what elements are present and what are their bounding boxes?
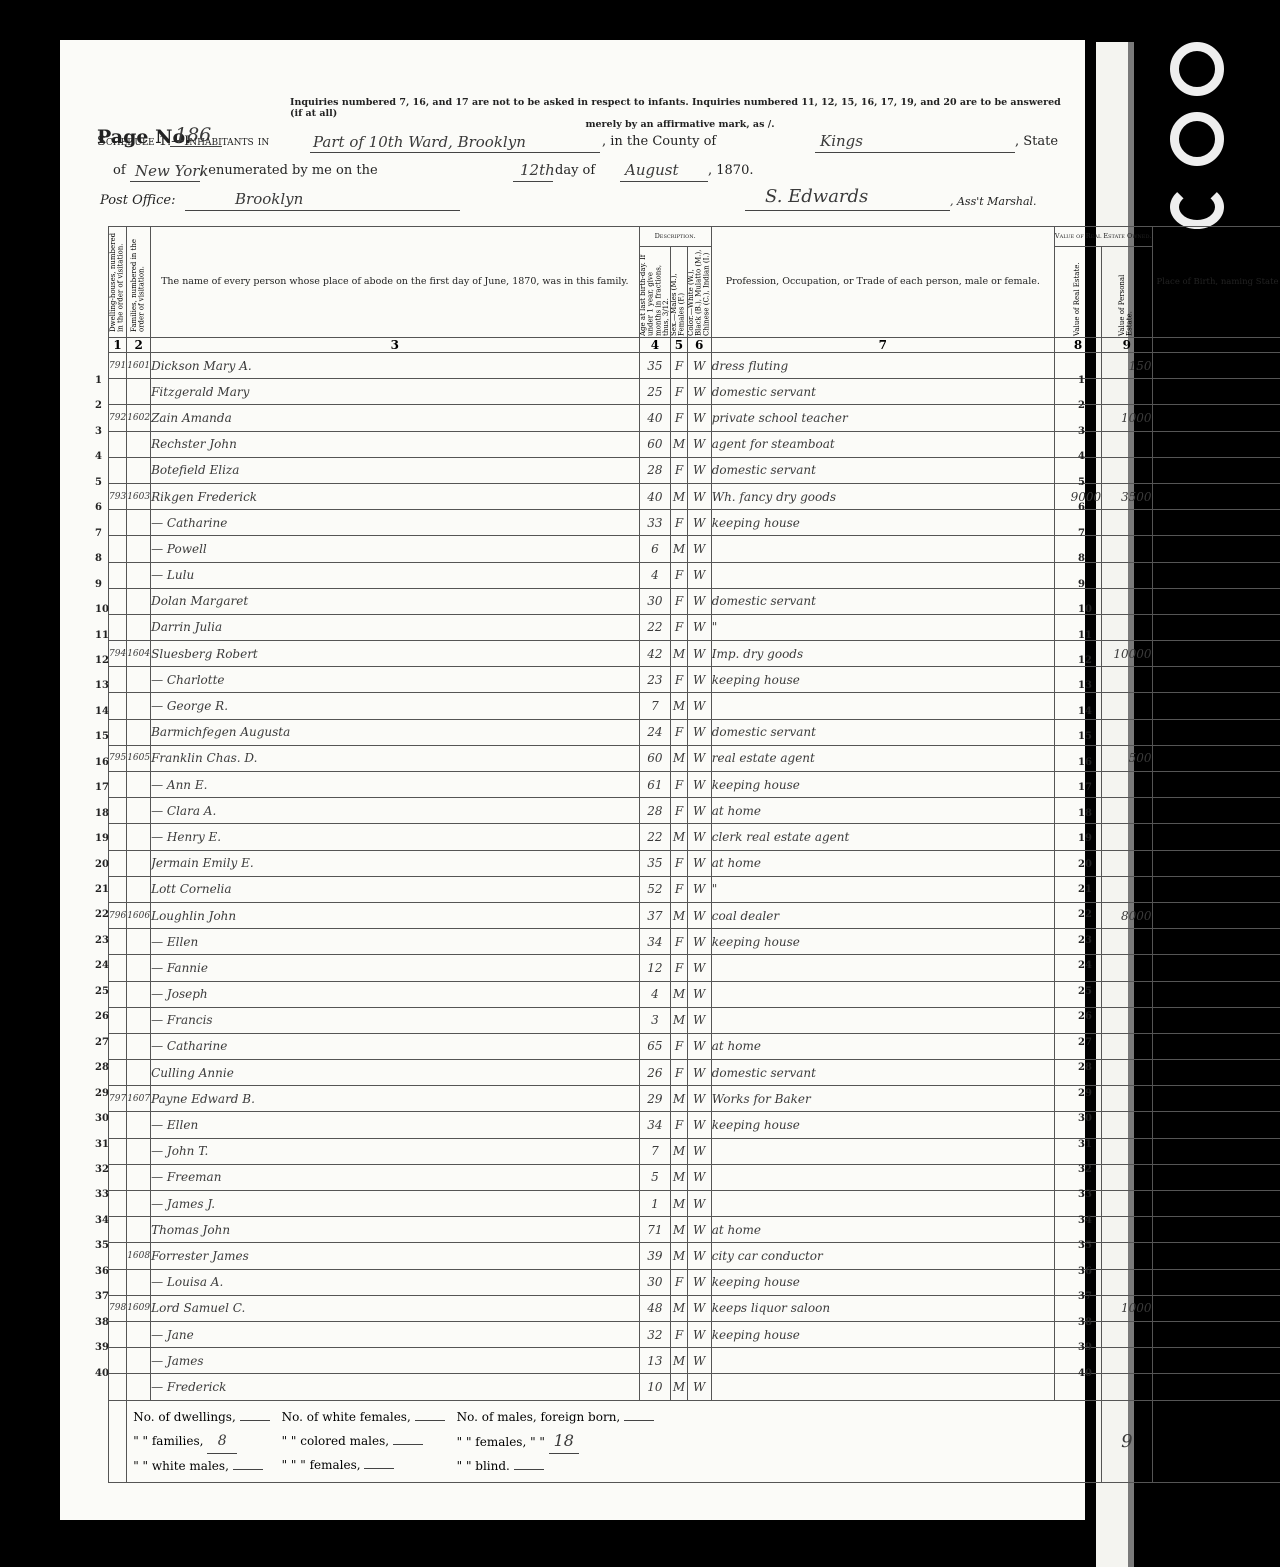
color: W xyxy=(687,1086,711,1112)
person-name: — Ellen xyxy=(151,929,639,955)
line-number-left: 10 xyxy=(95,604,109,615)
occupation: domestic servant xyxy=(711,1060,1054,1086)
age: 37 xyxy=(639,902,671,928)
line-number-left: 27 xyxy=(95,1037,109,1048)
color: W xyxy=(687,1295,711,1321)
header-col-5-text: Sex.—Males (M.), Females (F.) xyxy=(671,248,686,336)
table-row: — Freeman5MW"/ xyxy=(109,1164,1280,1190)
column-number-9: 9 xyxy=(1102,338,1152,353)
age: 39 xyxy=(639,1243,671,1269)
birthplace: Conn. xyxy=(1152,745,1280,771)
sex: F xyxy=(671,614,687,640)
line-number-right: 11 xyxy=(1078,630,1092,641)
age: 26 xyxy=(639,1060,671,1086)
family-number: 1605 xyxy=(127,745,151,771)
line-number-left: 37 xyxy=(95,1291,109,1302)
line-number-left: 13 xyxy=(95,680,109,691)
table-row: Rechster John60MWagent for steamboat"/// xyxy=(109,431,1280,457)
line-number-right: 36 xyxy=(1078,1266,1092,1277)
table-row: — Lulu4FW"// xyxy=(109,562,1280,588)
line-number-right: 13 xyxy=(1078,680,1092,691)
table-row: 1608Forrester James39MWcity car conducto… xyxy=(109,1243,1280,1269)
locality-value: Part of 10th Ward, Brooklyn xyxy=(313,133,526,151)
color: W xyxy=(687,1060,711,1086)
age: 48 xyxy=(639,1295,671,1321)
line-number-right: 32 xyxy=(1078,1164,1092,1175)
personal-estate-value xyxy=(1102,1086,1152,1112)
birthplace: " xyxy=(1152,614,1280,640)
birthplace: England xyxy=(1152,1295,1280,1321)
occupation: keeping house xyxy=(711,1321,1054,1347)
line-number-right: 18 xyxy=(1078,808,1092,819)
occupation xyxy=(711,955,1054,981)
colored-females-value xyxy=(364,1468,394,1469)
color: W xyxy=(687,483,711,509)
line-number-right: 20 xyxy=(1078,859,1092,870)
foreign-females-label: " " females, " " xyxy=(457,1435,545,1449)
age: 30 xyxy=(639,588,671,614)
occupation: Works for Baker xyxy=(711,1086,1054,1112)
column-number-4: 4 xyxy=(639,338,671,353)
family-number: 1606 xyxy=(127,902,151,928)
color: W xyxy=(687,772,711,798)
line-number-right: 40 xyxy=(1078,1368,1092,1379)
table-row: — Jane32FWkeeping houseIreland// xyxy=(109,1321,1280,1347)
dwelling-number xyxy=(109,431,127,457)
occupation xyxy=(711,1138,1054,1164)
marshal-line xyxy=(745,210,950,211)
dwelling-number xyxy=(109,1164,127,1190)
dwelling-number xyxy=(109,1138,127,1164)
color: W xyxy=(687,641,711,667)
header-col-4-text: Age at last birth-day. If under 1 year, … xyxy=(640,248,671,336)
birthplace: N. York xyxy=(1152,772,1280,798)
person-name: Rikgen Frederick xyxy=(151,483,639,509)
person-name: — Ellen xyxy=(151,1112,639,1138)
census-table: Dwelling-houses, numbered in the order o… xyxy=(108,226,1280,1483)
birthplace: " xyxy=(1152,1112,1280,1138)
personal-estate-value xyxy=(1102,379,1152,405)
family-number xyxy=(127,850,151,876)
sex: M xyxy=(671,1348,687,1374)
sex: M xyxy=(671,536,687,562)
birthplace: Ireland xyxy=(1152,902,1280,928)
table-row: Thomas John71MWat homeN. Jersey xyxy=(109,1217,1280,1243)
color: W xyxy=(687,510,711,536)
birthplace: Russia xyxy=(1152,641,1280,667)
table-row: — Powell6MWN. York// xyxy=(109,536,1280,562)
color: W xyxy=(687,457,711,483)
line-number-right: 2 xyxy=(1078,400,1085,411)
dwelling-number: 791 xyxy=(109,353,127,379)
age: 29 xyxy=(639,1086,671,1112)
line-number-right: 17 xyxy=(1078,782,1092,793)
line-number-right: 24 xyxy=(1078,960,1092,971)
occupation: " xyxy=(711,876,1054,902)
line-number-left: 25 xyxy=(95,986,109,997)
table-row: — Louisa A.30FWkeeping houseN. Jersey xyxy=(109,1269,1280,1295)
month-value: August xyxy=(625,161,678,179)
line-number-left: 20 xyxy=(95,859,109,870)
schedule-label: Schedule 1.—Inhabitants in xyxy=(97,134,269,149)
person-name: — Clara A. xyxy=(151,798,639,824)
personal-estate-value: 500 xyxy=(1102,745,1152,771)
occupation: city car conductor xyxy=(711,1243,1054,1269)
dwelling-number xyxy=(109,955,127,981)
occupation: keeping house xyxy=(711,929,1054,955)
family-number xyxy=(127,693,151,719)
blind-value xyxy=(514,1469,544,1470)
sex: M xyxy=(671,1374,687,1400)
table-row: 7931603Rikgen Frederick40MWWh. fancy dry… xyxy=(109,483,1280,509)
column-number-row: 1234567891011121314151617181920 xyxy=(109,338,1280,353)
color: W xyxy=(687,1374,711,1400)
age: 28 xyxy=(639,798,671,824)
age: 7 xyxy=(639,693,671,719)
summary-row: No. of dwellings, " " families, 8 " " wh… xyxy=(109,1400,1280,1482)
dwelling-number xyxy=(109,824,127,850)
line-number-left: 32 xyxy=(95,1164,109,1175)
table-row: — Joseph4MW"// xyxy=(109,981,1280,1007)
day-of-label: day of xyxy=(555,163,595,178)
color: W xyxy=(687,431,711,457)
occupation: agent for steamboat xyxy=(711,431,1054,457)
birthplace: " xyxy=(1152,562,1280,588)
table-row: Culling Annie26FWdomestic servant"// xyxy=(109,1060,1280,1086)
sex: M xyxy=(671,981,687,1007)
person-name: — George R. xyxy=(151,693,639,719)
birthplace: " xyxy=(1152,510,1280,536)
sex: F xyxy=(671,1060,687,1086)
line-number-left: 26 xyxy=(95,1011,109,1022)
dwelling-number xyxy=(109,876,127,902)
dwellings-value xyxy=(240,1420,270,1421)
occupation xyxy=(711,1164,1054,1190)
line-number-left: 11 xyxy=(95,630,109,641)
personal-estate-value xyxy=(1102,929,1152,955)
person-name: Payne Edward B. xyxy=(151,1086,639,1112)
sex: M xyxy=(671,1086,687,1112)
personal-estate-value xyxy=(1102,719,1152,745)
family-number xyxy=(127,772,151,798)
family-number xyxy=(127,1374,151,1400)
color: W xyxy=(687,719,711,745)
birthplace: " xyxy=(1152,929,1280,955)
county-line xyxy=(815,152,1015,153)
occupation: keeping house xyxy=(711,667,1054,693)
dwelling-number xyxy=(109,798,127,824)
line-number-left: 14 xyxy=(95,706,109,717)
sex: F xyxy=(671,955,687,981)
family-number xyxy=(127,1112,151,1138)
state-value: New York xyxy=(135,162,209,180)
dwelling-number xyxy=(109,1191,127,1217)
line-number-right: 4 xyxy=(1078,451,1085,462)
colored-males-value xyxy=(393,1444,423,1445)
table-row: — Charlotte23FWkeeping house"// xyxy=(109,667,1280,693)
birthplace: Ireland xyxy=(1152,379,1280,405)
family-number xyxy=(127,1217,151,1243)
family-number xyxy=(127,457,151,483)
occupation: " xyxy=(711,614,1054,640)
dwelling-number: 796 xyxy=(109,902,127,928)
birthplace: Ireland xyxy=(1152,588,1280,614)
age: 7 xyxy=(639,1138,671,1164)
occupation: at home xyxy=(711,850,1054,876)
occupation xyxy=(711,1007,1054,1033)
line-number-right: 31 xyxy=(1078,1139,1092,1150)
birthplace: " xyxy=(1152,431,1280,457)
line-number-right: 14 xyxy=(1078,706,1092,717)
family-number xyxy=(127,588,151,614)
family-number xyxy=(127,1348,151,1374)
sex: M xyxy=(671,1295,687,1321)
family-number xyxy=(127,379,151,405)
color: W xyxy=(687,850,711,876)
personal-estate-value xyxy=(1102,536,1152,562)
color: W xyxy=(687,1007,711,1033)
sex: F xyxy=(671,588,687,614)
line-number-left: 3 xyxy=(95,426,102,437)
color: W xyxy=(687,1112,711,1138)
occupation: at home xyxy=(711,798,1054,824)
personal-estate-value xyxy=(1102,850,1152,876)
personal-estate-value xyxy=(1102,1269,1152,1295)
white-females-value xyxy=(415,1420,445,1421)
birthplace: " xyxy=(1152,1164,1280,1190)
dwellings-label: No. of dwellings, xyxy=(133,1410,236,1424)
age: 12 xyxy=(639,955,671,981)
table-row: — James J.1MW" xyxy=(109,1191,1280,1217)
line-number-right: 21 xyxy=(1078,884,1092,895)
occupation: clerk real estate agent xyxy=(711,824,1054,850)
header-col-4: Age at last birth-day. If under 1 year, … xyxy=(639,247,671,338)
personal-estate-value xyxy=(1102,667,1152,693)
person-name: Culling Annie xyxy=(151,1060,639,1086)
line-number-left: 5 xyxy=(95,477,102,488)
line-number-right: 35 xyxy=(1078,1240,1092,1251)
dwelling-number xyxy=(109,1348,127,1374)
family-number xyxy=(127,1269,151,1295)
color: W xyxy=(687,1217,711,1243)
person-name: Barmichfegen Augusta xyxy=(151,719,639,745)
table-row: Barmichfegen Augusta24FWdomestic servant… xyxy=(109,719,1280,745)
sex: M xyxy=(671,1217,687,1243)
line-number-right: 8 xyxy=(1078,553,1085,564)
line-number-left: 21 xyxy=(95,884,109,895)
month-line xyxy=(620,181,708,182)
age: 52 xyxy=(639,876,671,902)
personal-estate-value xyxy=(1102,876,1152,902)
line-number-right: 39 xyxy=(1078,1342,1092,1353)
personal-estate-value xyxy=(1102,1243,1152,1269)
county-value: Kings xyxy=(820,132,863,150)
marshal-signature: S. Edwards xyxy=(765,186,868,207)
line-number-left: 8 xyxy=(95,553,102,564)
header-col-1: Dwelling-houses, numbered in the order o… xyxy=(109,227,127,338)
table-row: — Ellen34FWkeeping house" xyxy=(109,1112,1280,1138)
column-number-10: 10 xyxy=(1152,338,1280,353)
family-number: 1608 xyxy=(127,1243,151,1269)
color: W xyxy=(687,1348,711,1374)
birthplace: " xyxy=(1152,1060,1280,1086)
schedule-line: Schedule 1.—Inhabitants in xyxy=(97,134,269,149)
family-number: 1602 xyxy=(127,405,151,431)
line-number-right: 29 xyxy=(1078,1088,1092,1099)
family-number xyxy=(127,667,151,693)
white-females-label: No. of white females, xyxy=(282,1410,411,1424)
age: 60 xyxy=(639,745,671,771)
personal-estate-value xyxy=(1102,1007,1152,1033)
header-col-9: Value of Personal Estate. xyxy=(1102,247,1152,338)
personal-estate-value xyxy=(1102,1217,1152,1243)
person-name: Dickson Mary A. xyxy=(151,353,639,379)
person-name: — Joseph xyxy=(151,981,639,1007)
birthplace: N. York xyxy=(1152,536,1280,562)
person-name: Jermain Emily E. xyxy=(151,850,639,876)
color: W xyxy=(687,902,711,928)
post-office-line xyxy=(185,210,460,211)
personal-estate-value xyxy=(1102,457,1152,483)
person-name: Botefield Eliza xyxy=(151,457,639,483)
dwelling-number xyxy=(109,693,127,719)
dwelling-number xyxy=(109,1217,127,1243)
sex: M xyxy=(671,483,687,509)
birthplace: N. Jersey xyxy=(1152,1269,1280,1295)
table-row: 7981609Lord Samuel C.48MWkeeps liquor sa… xyxy=(109,1295,1280,1321)
sex: M xyxy=(671,1164,687,1190)
age: 24 xyxy=(639,719,671,745)
foreign-males-value xyxy=(624,1420,654,1421)
color: W xyxy=(687,876,711,902)
summary-blank xyxy=(109,1400,127,1482)
personal-estate-value xyxy=(1102,824,1152,850)
table-row: 7921602Zain Amanda40FWprivate school tea… xyxy=(109,405,1280,431)
header-col-1-text: Dwelling-houses, numbered in the order o… xyxy=(110,232,125,332)
dwelling-number xyxy=(109,588,127,614)
table-row: 7911601Dickson Mary A.35FWdress fluting1… xyxy=(109,353,1280,379)
colored-females-label: " " " females, xyxy=(282,1458,361,1472)
table-row: Dolan Margaret30FWdomestic servantIrelan… xyxy=(109,588,1280,614)
post-office-value: Brooklyn xyxy=(235,190,303,208)
birthplace: " xyxy=(1152,850,1280,876)
line-number-left: 34 xyxy=(95,1215,109,1226)
person-name: Rechster John xyxy=(151,431,639,457)
dwelling-number xyxy=(109,1269,127,1295)
white-males-label: " " white males, xyxy=(133,1459,229,1473)
line-number-left: 31 xyxy=(95,1139,109,1150)
sex: M xyxy=(671,1007,687,1033)
age: 42 xyxy=(639,641,671,667)
occupation: keeping house xyxy=(711,772,1054,798)
birthplace: " xyxy=(1152,1191,1280,1217)
age: 22 xyxy=(639,614,671,640)
dwelling-number xyxy=(109,667,127,693)
birthplace: " xyxy=(1152,798,1280,824)
line-number-right: 26 xyxy=(1078,1011,1092,1022)
families-value: 8 xyxy=(207,1429,237,1454)
occupation: domestic servant xyxy=(711,457,1054,483)
table-row: — James13MWN. York/// xyxy=(109,1348,1280,1374)
header-col-5: Sex.—Males (M.), Females (F.) xyxy=(671,247,687,338)
line-number-left: 24 xyxy=(95,960,109,971)
dwelling-number xyxy=(109,772,127,798)
column-number-5: 5 xyxy=(671,338,687,353)
family-number: 1607 xyxy=(127,1086,151,1112)
dwelling-number xyxy=(109,1060,127,1086)
line-number-right: 15 xyxy=(1078,731,1092,742)
age: 30 xyxy=(639,1269,671,1295)
dwelling-number xyxy=(109,510,127,536)
person-name: Dolan Margaret xyxy=(151,588,639,614)
occupation: dress fluting xyxy=(711,353,1054,379)
foreign-males-label: No. of males, foreign born, xyxy=(457,1410,621,1424)
line-number-right: 38 xyxy=(1078,1317,1092,1328)
table-row: Fitzgerald Mary25FWdomestic servantIrela… xyxy=(109,379,1280,405)
table-row: — Clara A.28FWat home" xyxy=(109,798,1280,824)
family-number xyxy=(127,1138,151,1164)
table-row: Darrin Julia22FW""//// xyxy=(109,614,1280,640)
personal-estate-value xyxy=(1102,1112,1152,1138)
year-label: , 1870. xyxy=(708,163,753,178)
birthplace: " xyxy=(1152,1138,1280,1164)
line-number-right: 23 xyxy=(1078,935,1092,946)
column-number-2: 2 xyxy=(127,338,151,353)
table-row: Botefield Eliza28FWdomestic servantIrela… xyxy=(109,457,1280,483)
birthplace: N. York xyxy=(1152,1243,1280,1269)
personal-estate-value xyxy=(1102,1348,1152,1374)
color: W xyxy=(687,1138,711,1164)
birthplace: N. York xyxy=(1152,1348,1280,1374)
family-number xyxy=(127,1060,151,1086)
header-col-9-text: Value of Personal Estate. xyxy=(1119,248,1134,336)
column-number-1: 1 xyxy=(109,338,127,353)
color: W xyxy=(687,745,711,771)
personal-estate-value xyxy=(1102,772,1152,798)
line-number-left: 28 xyxy=(95,1062,109,1073)
family-number xyxy=(127,431,151,457)
occupation: Wh. fancy dry goods xyxy=(711,483,1054,509)
family-number: 1604 xyxy=(127,641,151,667)
post-office-label: Post Office: xyxy=(100,193,175,208)
person-name: Fitzgerald Mary xyxy=(151,379,639,405)
age: 40 xyxy=(639,405,671,431)
age: 61 xyxy=(639,772,671,798)
table-row: — Henry E.22MWclerk real estate agent" xyxy=(109,824,1280,850)
age: 13 xyxy=(639,1348,671,1374)
line-number-left: 29 xyxy=(95,1088,109,1099)
personal-estate-value: 150 xyxy=(1102,353,1152,379)
birthplace: N. York xyxy=(1152,1086,1280,1112)
occupation xyxy=(711,693,1054,719)
occupation: domestic servant xyxy=(711,588,1054,614)
family-number xyxy=(127,510,151,536)
line-number-right: 7 xyxy=(1078,528,1085,539)
color: W xyxy=(687,955,711,981)
person-name: Zain Amanda xyxy=(151,405,639,431)
family-number xyxy=(127,1191,151,1217)
film-hole-decoration xyxy=(1170,42,1224,96)
family-number xyxy=(127,981,151,1007)
dwelling-number xyxy=(109,1007,127,1033)
person-name: — Louisa A. xyxy=(151,1269,639,1295)
personal-estate-value xyxy=(1102,1138,1152,1164)
color: W xyxy=(687,981,711,1007)
locality-line xyxy=(310,152,600,153)
line-number-left: 2 xyxy=(95,400,102,411)
line-number-right: 16 xyxy=(1078,757,1092,768)
sex: F xyxy=(671,405,687,431)
